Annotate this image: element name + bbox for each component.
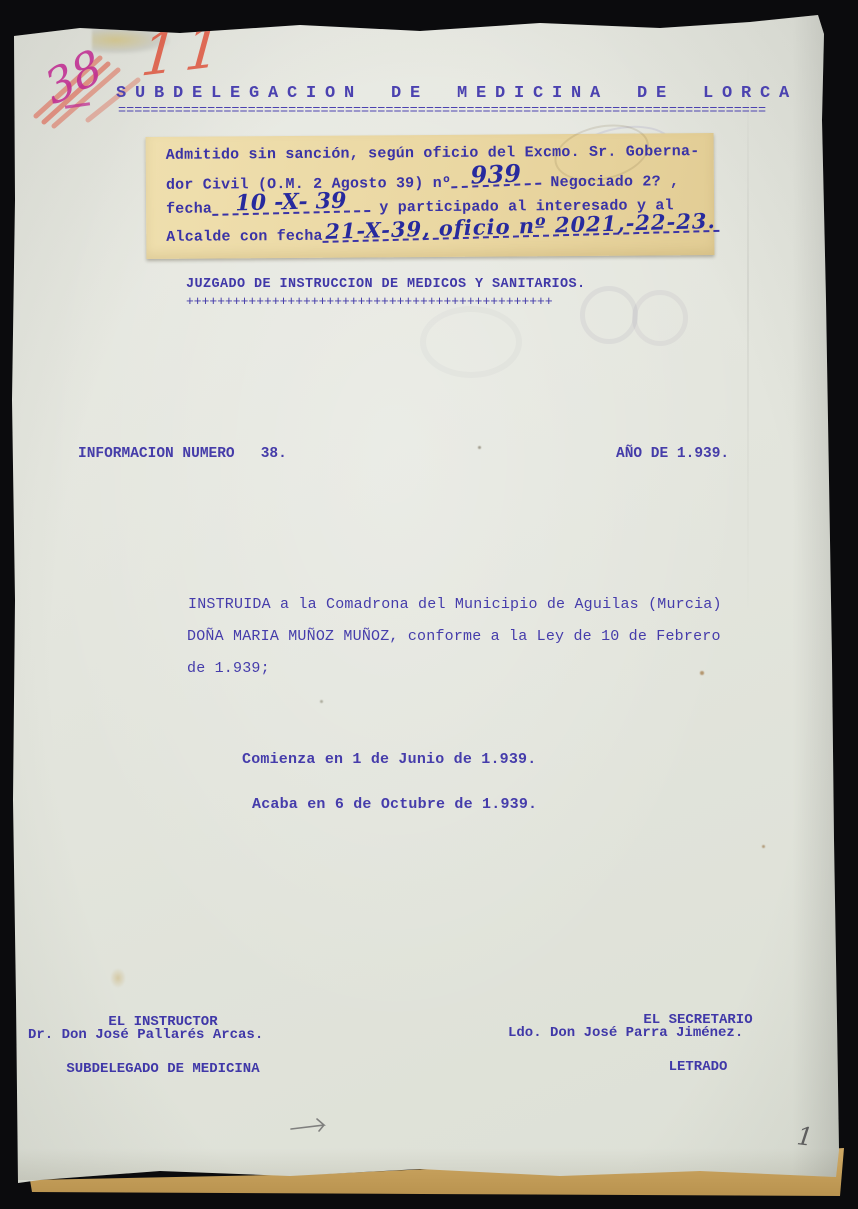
admission-slip: Admitido sin sanción, según oficio del E…: [146, 133, 715, 259]
handwritten-official-number: 939: [451, 163, 542, 189]
ghost-stamp-mark: [632, 290, 688, 346]
secretary-role-line: LETRADO: [595, 1060, 801, 1076]
body-line: de 1.939;: [187, 660, 270, 677]
secretary-name: Ldo. Don José Parra Jiménez.: [508, 1025, 743, 1041]
paper-crease: [747, 60, 749, 620]
ghost-stamp-mark: [580, 286, 638, 344]
start-date-line: Comienza en 1 de Junio de 1.939.: [242, 751, 536, 768]
paper-speck: [320, 700, 323, 703]
instructor-role-block: EL INSTRUCTOR SUBDELEGADO DE MEDICINA: [60, 984, 266, 1108]
slip-text: Alcalde con fecha: [166, 228, 323, 246]
case-number: INFORMACION NUMERO 38.: [78, 446, 287, 462]
slip-text: fecha: [166, 201, 212, 218]
page-title: SUBDELEGACION DE MEDICINA DE LORCA: [116, 84, 798, 103]
document-paper: 38 11 SUBDELEGACION DE MEDICINA DE LORCA…: [0, 0, 858, 1209]
slip-line-1: Admitido sin sanción, según oficio del E…: [166, 143, 700, 164]
slip-text: Admitido sin sanción, según oficio del E…: [166, 143, 700, 164]
pencil-arrow-mark: [288, 1116, 336, 1136]
paper-speck: [700, 671, 704, 675]
scanned-document-page: 38 11 SUBDELEGACION DE MEDICINA DE LORCA…: [0, 0, 858, 1209]
title-rule: ========================================…: [118, 104, 772, 119]
slip-text: Negociado 2? ,: [541, 173, 679, 191]
court-title: JUZGADO DE INSTRUCCION DE MEDICOS Y SANI…: [186, 277, 586, 292]
secretary-role-block: EL SECRETARIO LETRADO: [595, 982, 801, 1106]
court-title-rule: ++++++++++++++++++++++++++++++++++++++++…: [186, 294, 553, 309]
page-edge-shadow: [792, 0, 840, 1209]
ghost-stamp-mark: [420, 306, 522, 378]
end-date-line: Acaba en 6 de Octubre de 1.939.: [252, 796, 537, 813]
paper-speck: [478, 446, 481, 449]
handwritten-date: 10 -X- 39: [212, 191, 370, 216]
paper-speck: [762, 845, 765, 848]
case-year: AÑO DE 1.939.: [616, 446, 729, 462]
body-line: INSTRUIDA a la Comadrona del Municipio d…: [188, 596, 722, 613]
instructor-name: Dr. Don José Pallarés Arcas.: [28, 1027, 263, 1043]
slip-line-4: Alcalde con fecha 21-X-39, oficio nº 202…: [166, 220, 719, 246]
instructor-role-line: SUBDELEGADO DE MEDICINA: [60, 1062, 266, 1078]
red-crayon-number: 11: [138, 10, 231, 90]
body-line: DOÑA MARIA MUÑOZ MUÑOZ, conforme a la Le…: [187, 628, 721, 645]
